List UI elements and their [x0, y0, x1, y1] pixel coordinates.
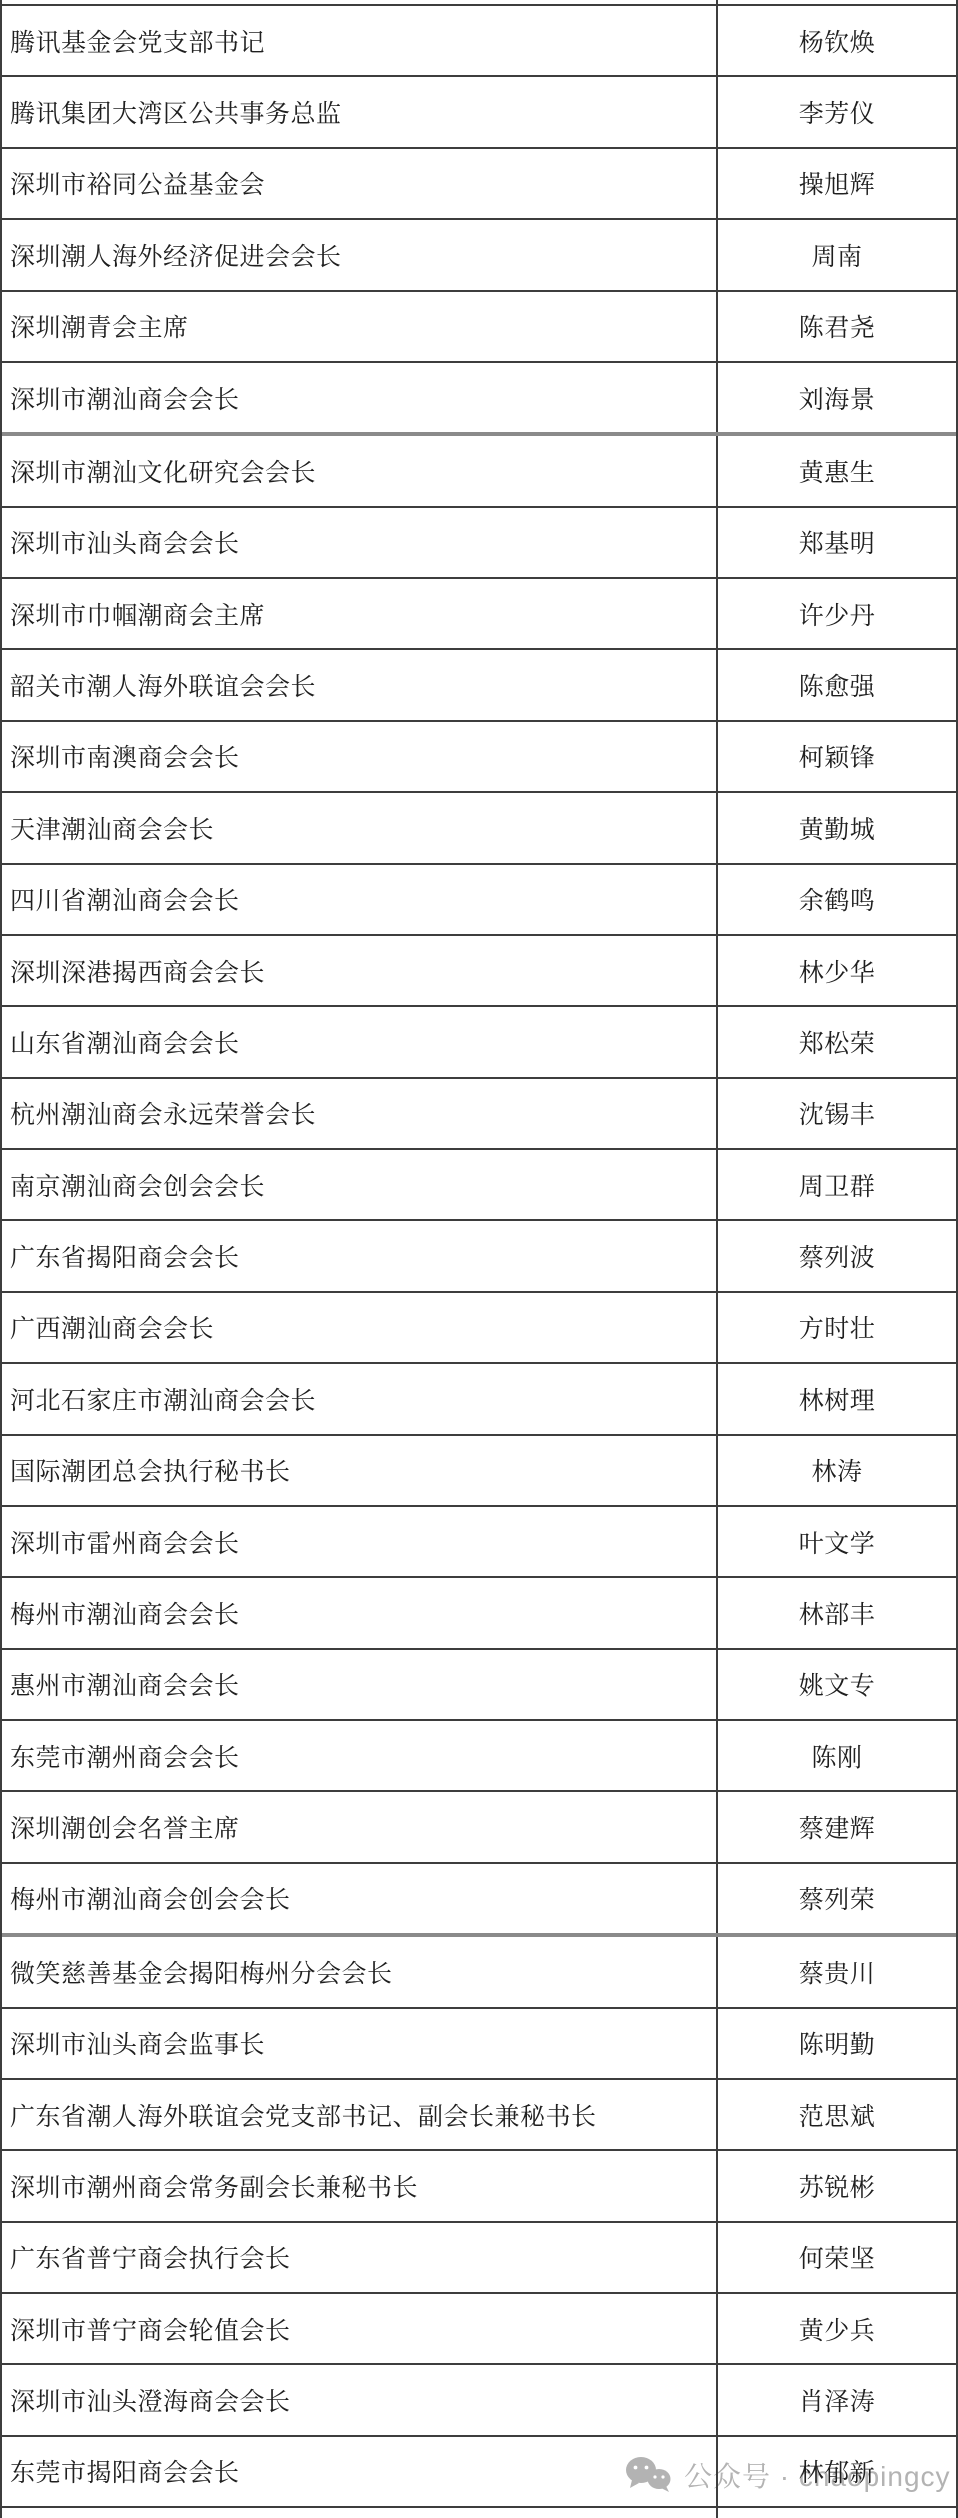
- officials-table: 腾讯基金会党支部书记 杨钦焕 腾讯集团大湾区公共事务总监 李芳仪 深圳市裕同公益…: [0, 0, 958, 2518]
- position-text: 东莞市潮州商会会长: [10, 1738, 240, 1774]
- position-cell: 东莞市揭阳商会会长: [2, 2437, 718, 2506]
- table-row: 深圳市潮汕文化研究会会长 黄惠生: [2, 436, 956, 507]
- name-text: 郑基明: [799, 524, 876, 560]
- name-text: 林部丰: [799, 1595, 876, 1631]
- position-cell: 深圳市汕头商会会长: [2, 508, 718, 577]
- position-text: 深圳深港揭西商会会长: [10, 953, 265, 989]
- name-text: 方时壮: [799, 1309, 876, 1345]
- position-text: 微笑慈善基金会揭阳梅州分会会长: [10, 1954, 393, 1990]
- table-row: 深圳市普宁商会轮值会长 黄少兵: [2, 2294, 956, 2365]
- position-text: 梅州市潮汕商会会长: [10, 1595, 240, 1631]
- table-row: 四川省潮汕商会会长 余鹤鸣: [2, 865, 956, 936]
- position-cell: 深圳市裕同公益基金会: [2, 149, 718, 218]
- position-text: 南京潮汕商会创会会长: [10, 1167, 265, 1203]
- top-edge-divider: [2, 0, 718, 4]
- name-cell: 陈愈强: [718, 650, 956, 719]
- name-cell: 黄惠生: [718, 436, 956, 505]
- name-cell: 周南: [718, 220, 956, 289]
- name-text: 沈锡丰: [799, 1095, 876, 1131]
- table-rows: 腾讯基金会党支部书记 杨钦焕 腾讯集团大湾区公共事务总监 李芳仪 深圳市裕同公益…: [2, 6, 956, 2508]
- name-text: 杨钦焕: [799, 23, 876, 59]
- name-cell: 何荣坚: [718, 2223, 956, 2292]
- position-text: 韶关市潮人海外联谊会会长: [10, 667, 316, 703]
- name-text: 周南: [811, 237, 862, 273]
- name-text: 刘海景: [799, 380, 876, 416]
- name-text: 蔡列波: [799, 1238, 876, 1274]
- position-text: 腾讯集团大湾区公共事务总监: [10, 94, 342, 130]
- position-cell: 韶关市潮人海外联谊会会长: [2, 650, 718, 719]
- name-text: 林郁新: [799, 2453, 876, 2489]
- name-cell: 蔡列荣: [718, 1864, 956, 1933]
- position-text: 广西潮汕商会会长: [10, 1309, 214, 1345]
- position-cell: 深圳市雷州商会会长: [2, 1507, 718, 1576]
- table-row: 广东省潮人海外联谊会党支部书记、副会长兼秘书长 范思斌: [2, 2080, 956, 2151]
- name-text: 何荣坚: [799, 2239, 876, 2275]
- name-cell: 沈锡丰: [718, 1079, 956, 1148]
- position-text: 深圳市汕头商会会长: [10, 524, 240, 560]
- position-cell: 广东省普宁商会执行会长: [2, 2223, 718, 2292]
- name-text: 黄少兵: [799, 2311, 876, 2347]
- name-cell: 苏锐彬: [718, 2151, 956, 2220]
- name-text: 范思斌: [799, 2097, 876, 2133]
- position-cell: 东莞市潮州商会会长: [2, 1721, 718, 1790]
- name-text: 蔡列荣: [799, 1880, 876, 1916]
- position-cell: 深圳潮人海外经济促进会会长: [2, 220, 718, 289]
- name-text: 黄勤城: [799, 810, 876, 846]
- table-row: 深圳潮青会主席 陈君尧: [2, 292, 956, 363]
- name-cell: 余鹤鸣: [718, 865, 956, 934]
- position-cell: 深圳市潮汕商会会长: [2, 363, 718, 432]
- table-row: 微笑慈善基金会揭阳梅州分会会长 蔡贵川: [2, 1937, 956, 2008]
- position-cell: 梅州市潮汕商会会长: [2, 1578, 718, 1647]
- name-cell: 蔡建辉: [718, 1792, 956, 1861]
- position-cell: 天津潮汕商会会长: [2, 793, 718, 862]
- name-cell: 蔡贵川: [718, 1937, 956, 2006]
- position-cell: 深圳市南澳商会会长: [2, 722, 718, 791]
- position-text: 深圳市巾帼潮商会主席: [10, 596, 265, 632]
- name-text: 陈君尧: [799, 308, 876, 344]
- name-cell: 黄勤城: [718, 793, 956, 862]
- name-cell: 肖泽涛: [718, 2365, 956, 2434]
- table-row: 深圳市巾帼潮商会主席 许少丹: [2, 579, 956, 650]
- name-cell: 林少华: [718, 936, 956, 1005]
- position-cell: 深圳市巾帼潮商会主席: [2, 579, 718, 648]
- table-row: 深圳市雷州商会会长 叶文学: [2, 1507, 956, 1578]
- name-cell: 杨钦焕: [718, 6, 956, 75]
- table-row: 深圳市汕头澄海商会会长 肖泽涛: [2, 2365, 956, 2436]
- table-row: 山东省潮汕商会会长 郑松荣: [2, 1007, 956, 1078]
- table-row: 深圳市汕头商会监事长 陈明勤: [2, 2009, 956, 2080]
- name-text: 林树理: [799, 1381, 876, 1417]
- table-row: 梅州市潮汕商会创会会长 蔡列荣: [2, 1864, 956, 1937]
- position-cell: 深圳深港揭西商会会长: [2, 936, 718, 1005]
- name-text: 陈明勤: [799, 2025, 876, 2061]
- position-text: 河北石家庄市潮汕商会会长: [10, 1381, 316, 1417]
- position-cell: 广东省揭阳商会会长: [2, 1221, 718, 1290]
- position-text: 梅州市潮汕商会创会会长: [10, 1880, 291, 1916]
- name-cell: 陈刚: [718, 1721, 956, 1790]
- name-text: 郑松荣: [799, 1024, 876, 1060]
- position-cell: 河北石家庄市潮汕商会会长: [2, 1364, 718, 1433]
- position-cell: 国际潮团总会执行秘书长: [2, 1436, 718, 1505]
- name-text: 周卫群: [799, 1167, 876, 1203]
- position-cell: 深圳潮创会名誉主席: [2, 1792, 718, 1861]
- table-row: 深圳市潮汕商会会长 刘海景: [2, 363, 956, 436]
- table-row: 东莞市揭阳商会会长 林郁新: [2, 2437, 956, 2508]
- table-row: 河北石家庄市潮汕商会会长 林树理: [2, 1364, 956, 1435]
- name-cell: 许少丹: [718, 579, 956, 648]
- position-cell: 广西潮汕商会会长: [2, 1293, 718, 1362]
- name-text: 林少华: [799, 953, 876, 989]
- table-row: 深圳潮创会名誉主席 蔡建辉: [2, 1792, 956, 1863]
- table-row: 深圳深港揭西商会会长 林少华: [2, 936, 956, 1007]
- name-cell: 郑松荣: [718, 1007, 956, 1076]
- position-text: 深圳市潮汕商会会长: [10, 380, 240, 416]
- name-cell: 刘海景: [718, 363, 956, 432]
- name-cell: 林涛: [718, 1436, 956, 1505]
- bottom-edge-divider: [2, 2508, 718, 2518]
- name-text: 李芳仪: [799, 94, 876, 130]
- position-cell: 梅州市潮汕商会创会会长: [2, 1864, 718, 1933]
- table-row: 腾讯集团大湾区公共事务总监 李芳仪: [2, 77, 956, 148]
- name-text: 林涛: [811, 1452, 862, 1488]
- name-cell: 陈君尧: [718, 292, 956, 361]
- position-cell: 腾讯基金会党支部书记: [2, 6, 718, 75]
- name-cell: 叶文学: [718, 1507, 956, 1576]
- name-cell: 陈明勤: [718, 2009, 956, 2078]
- position-cell: 山东省潮汕商会会长: [2, 1007, 718, 1076]
- table-row: 梅州市潮汕商会会长 林部丰: [2, 1578, 956, 1649]
- name-cell: 姚文专: [718, 1650, 956, 1719]
- table-row: 深圳市潮州商会常务副会长兼秘书长 苏锐彬: [2, 2151, 956, 2222]
- position-text: 深圳市汕头澄海商会会长: [10, 2382, 291, 2418]
- position-text: 深圳市汕头商会监事长: [10, 2025, 265, 2061]
- position-text: 腾讯基金会党支部书记: [10, 23, 265, 59]
- position-text: 广东省潮人海外联谊会党支部书记、副会长兼秘书长: [10, 2097, 597, 2133]
- position-cell: 微笑慈善基金会揭阳梅州分会会长: [2, 1937, 718, 2006]
- position-text: 深圳市普宁商会轮值会长: [10, 2311, 291, 2347]
- position-cell: 腾讯集团大湾区公共事务总监: [2, 77, 718, 146]
- name-text: 蔡贵川: [799, 1954, 876, 1990]
- name-cell: 林部丰: [718, 1578, 956, 1647]
- name-cell: 林郁新: [718, 2437, 956, 2506]
- name-text: 柯颖锋: [799, 738, 876, 774]
- position-cell: 深圳市潮汕文化研究会会长: [2, 436, 718, 505]
- position-text: 广东省揭阳商会会长: [10, 1238, 240, 1274]
- position-text: 东莞市揭阳商会会长: [10, 2453, 240, 2489]
- position-text: 深圳潮人海外经济促进会会长: [10, 237, 342, 273]
- position-cell: 深圳市普宁商会轮值会长: [2, 2294, 718, 2363]
- name-cell: 范思斌: [718, 2080, 956, 2149]
- position-text: 深圳市雷州商会会长: [10, 1524, 240, 1560]
- name-cell: 操旭辉: [718, 149, 956, 218]
- name-cell: 李芳仪: [718, 77, 956, 146]
- name-text: 叶文学: [799, 1524, 876, 1560]
- table-row: 广东省普宁商会执行会长 何荣坚: [2, 2223, 956, 2294]
- position-text: 深圳市南澳商会会长: [10, 738, 240, 774]
- position-text: 深圳潮青会主席: [10, 308, 189, 344]
- table-row: 深圳潮人海外经济促进会会长 周南: [2, 220, 956, 291]
- position-cell: 四川省潮汕商会会长: [2, 865, 718, 934]
- position-cell: 杭州潮汕商会永远荣誉会长: [2, 1079, 718, 1148]
- position-cell: 深圳市汕头澄海商会会长: [2, 2365, 718, 2434]
- position-text: 深圳市潮州商会常务副会长兼秘书长: [10, 2168, 418, 2204]
- position-text: 天津潮汕商会会长: [10, 810, 214, 846]
- position-text: 深圳市裕同公益基金会: [10, 165, 265, 201]
- table-row: 杭州潮汕商会永远荣誉会长 沈锡丰: [2, 1079, 956, 1150]
- position-text: 四川省潮汕商会会长: [10, 881, 240, 917]
- position-text: 广东省普宁商会执行会长: [10, 2239, 291, 2275]
- position-cell: 深圳市汕头商会监事长: [2, 2009, 718, 2078]
- name-text: 陈愈强: [799, 667, 876, 703]
- table-row: 深圳市汕头商会会长 郑基明: [2, 508, 956, 579]
- table-row: 南京潮汕商会创会会长 周卫群: [2, 1150, 956, 1221]
- position-text: 深圳潮创会名誉主席: [10, 1809, 240, 1845]
- name-text: 陈刚: [811, 1738, 862, 1774]
- position-text: 深圳市潮汕文化研究会会长: [10, 453, 316, 489]
- name-text: 黄惠生: [799, 453, 876, 489]
- table-row: 天津潮汕商会会长 黄勤城: [2, 793, 956, 864]
- name-text: 许少丹: [799, 596, 876, 632]
- position-cell: 惠州市潮汕商会会长: [2, 1650, 718, 1719]
- name-cell: 柯颖锋: [718, 722, 956, 791]
- table-row: 惠州市潮汕商会会长 姚文专: [2, 1650, 956, 1721]
- name-text: 蔡建辉: [799, 1809, 876, 1845]
- name-cell: 林树理: [718, 1364, 956, 1433]
- position-text: 国际潮团总会执行秘书长: [10, 1452, 291, 1488]
- position-cell: 深圳市潮州商会常务副会长兼秘书长: [2, 2151, 718, 2220]
- name-text: 苏锐彬: [799, 2168, 876, 2204]
- table-row: 腾讯基金会党支部书记 杨钦焕: [2, 6, 956, 77]
- table-row: 国际潮团总会执行秘书长 林涛: [2, 1436, 956, 1507]
- table-row: 广西潮汕商会会长 方时壮: [2, 1293, 956, 1364]
- position-cell: 南京潮汕商会创会会长: [2, 1150, 718, 1219]
- name-text: 肖泽涛: [799, 2382, 876, 2418]
- table-row: 广东省揭阳商会会长 蔡列波: [2, 1221, 956, 1292]
- name-cell: 方时壮: [718, 1293, 956, 1362]
- table-row: 深圳市南澳商会会长 柯颖锋: [2, 722, 956, 793]
- position-text: 山东省潮汕商会会长: [10, 1024, 240, 1060]
- table-bottom-edge: [2, 2508, 956, 2518]
- table-row: 东莞市潮州商会会长 陈刚: [2, 1721, 956, 1792]
- name-cell: 周卫群: [718, 1150, 956, 1219]
- table-row: 韶关市潮人海外联谊会会长 陈愈强: [2, 650, 956, 721]
- name-text: 余鹤鸣: [799, 881, 876, 917]
- name-cell: 黄少兵: [718, 2294, 956, 2363]
- table-row: 深圳市裕同公益基金会 操旭辉: [2, 149, 956, 220]
- position-cell: 广东省潮人海外联谊会党支部书记、副会长兼秘书长: [2, 2080, 718, 2149]
- position-text: 杭州潮汕商会永远荣誉会长: [10, 1095, 316, 1131]
- name-cell: 蔡列波: [718, 1221, 956, 1290]
- position-cell: 深圳潮青会主席: [2, 292, 718, 361]
- name-text: 姚文专: [799, 1666, 876, 1702]
- name-text: 操旭辉: [799, 165, 876, 201]
- position-text: 惠州市潮汕商会会长: [10, 1666, 240, 1702]
- name-cell: 郑基明: [718, 508, 956, 577]
